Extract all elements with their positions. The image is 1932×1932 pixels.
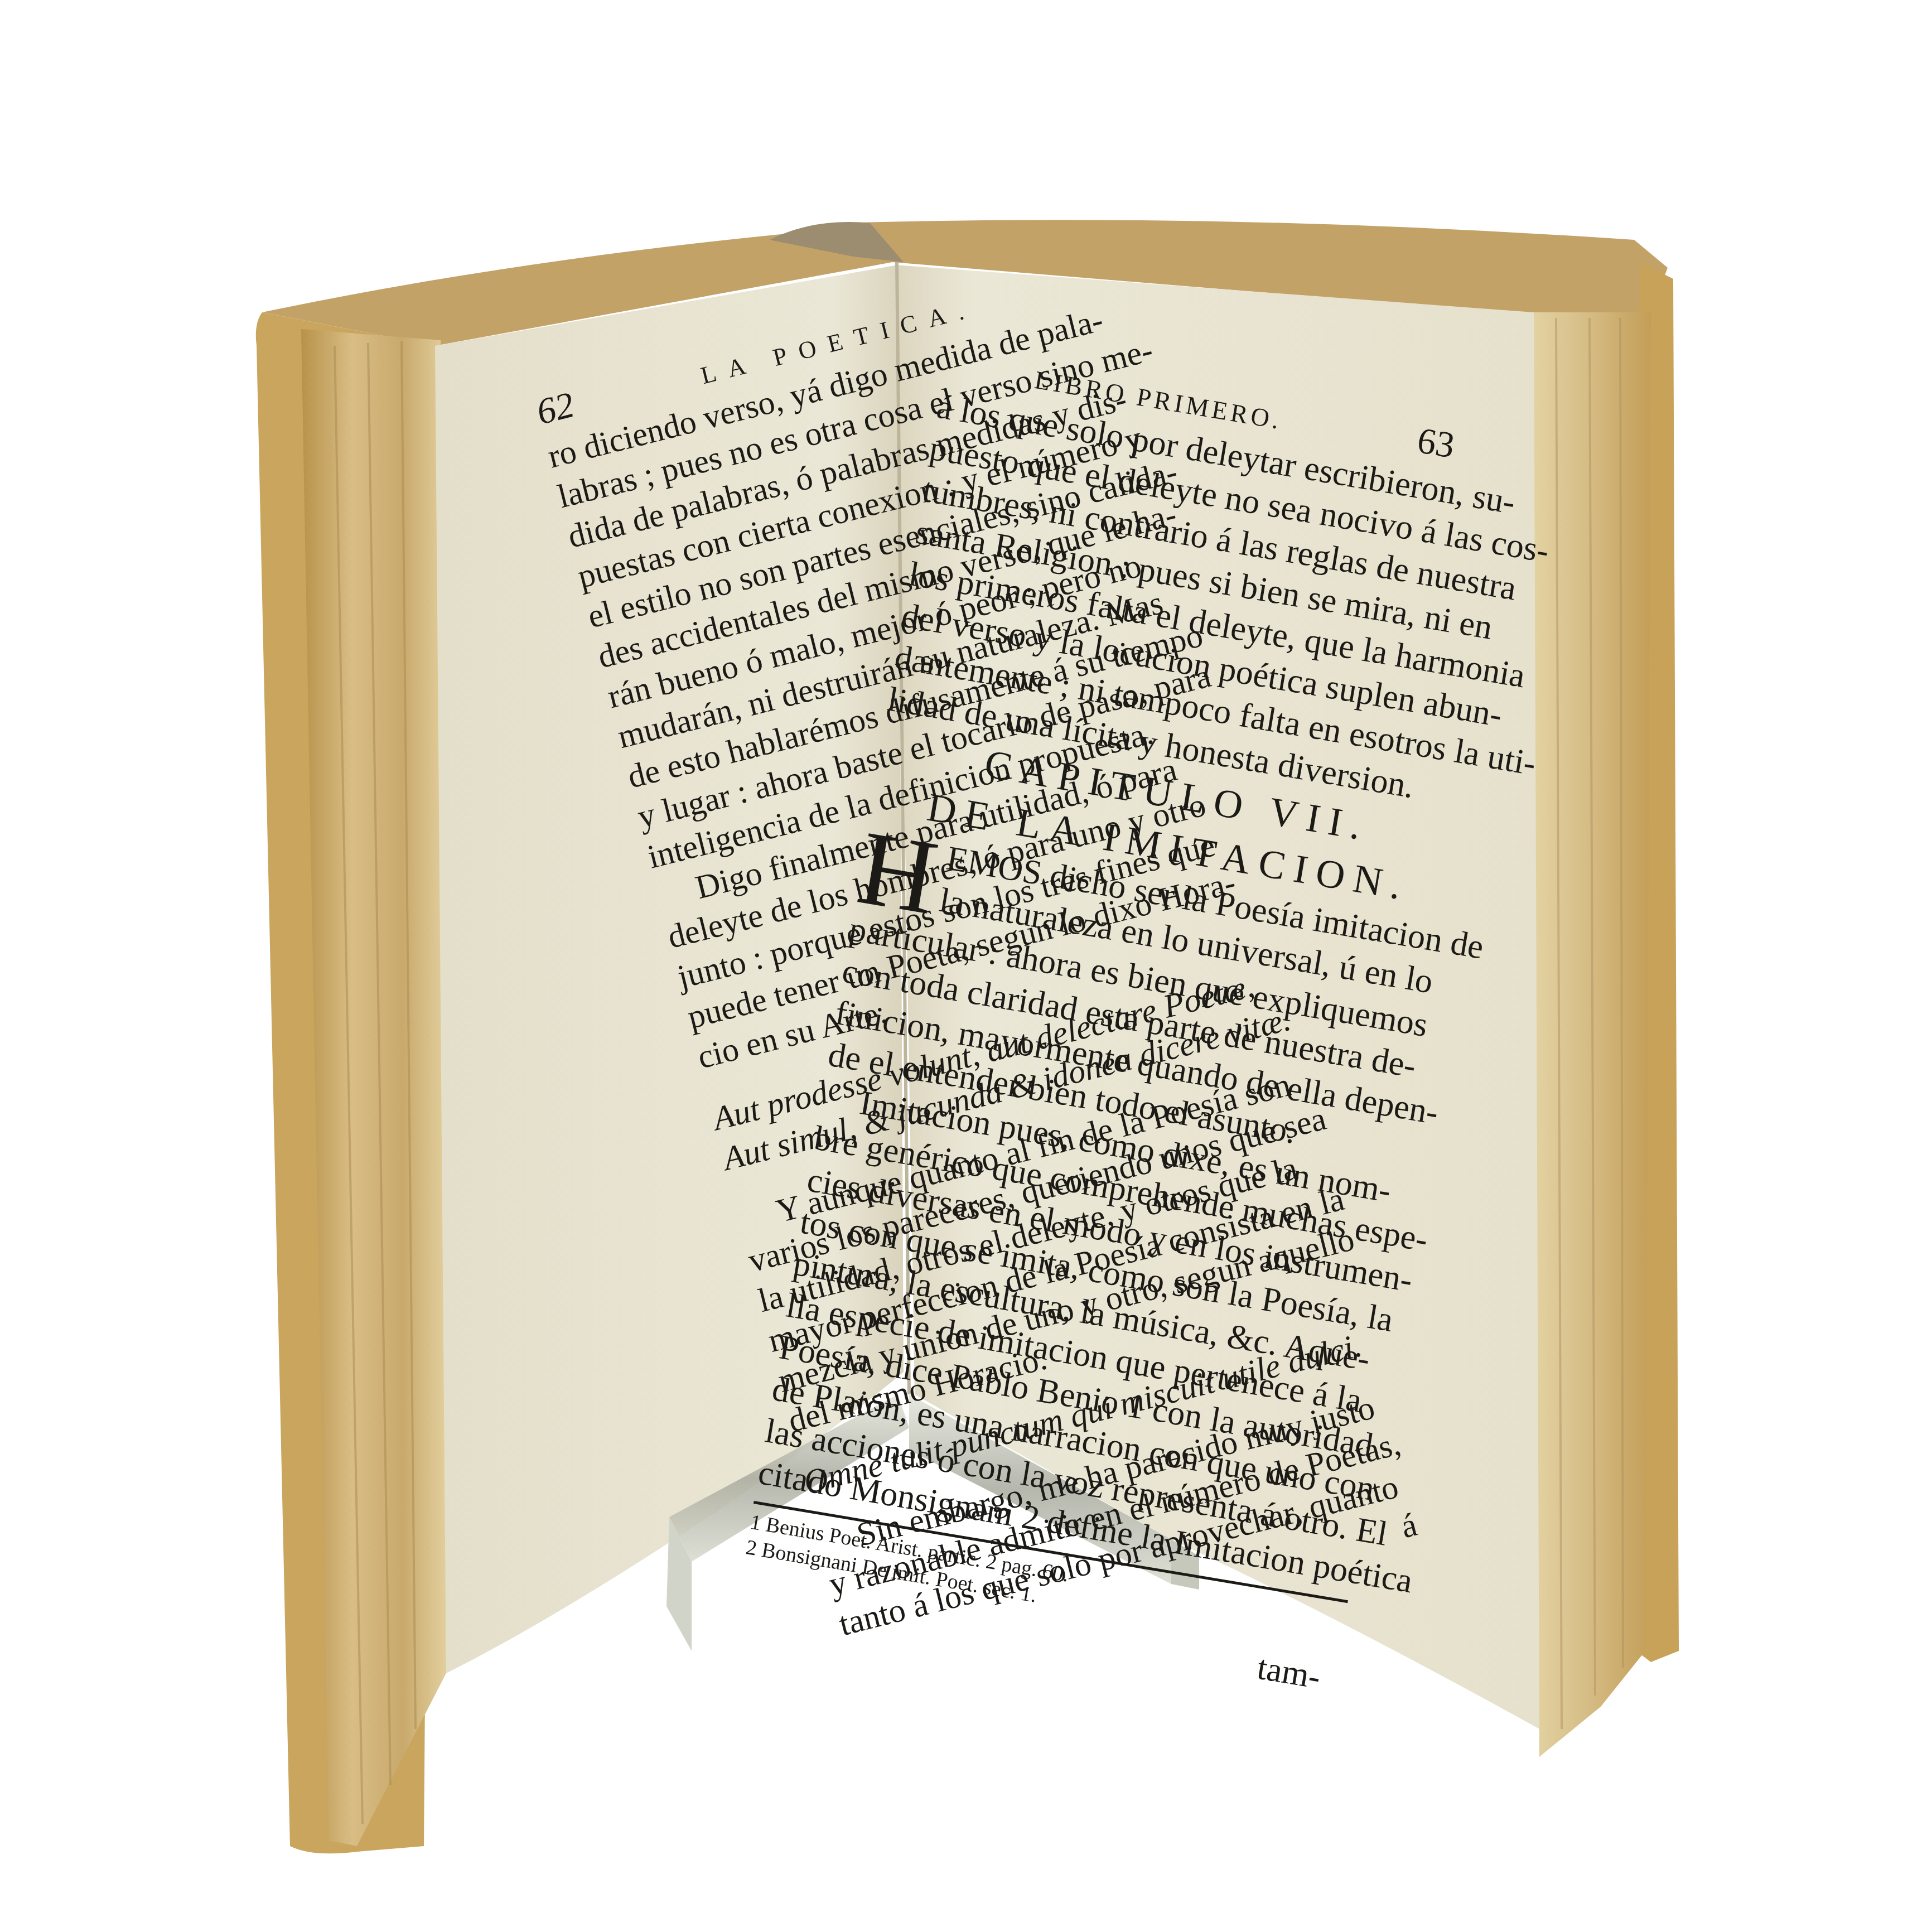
drop-cap: H — [853, 825, 943, 921]
book-photo: 62 LA POETICA. ro diciendo verso, yá dig… — [0, 0, 1932, 1932]
